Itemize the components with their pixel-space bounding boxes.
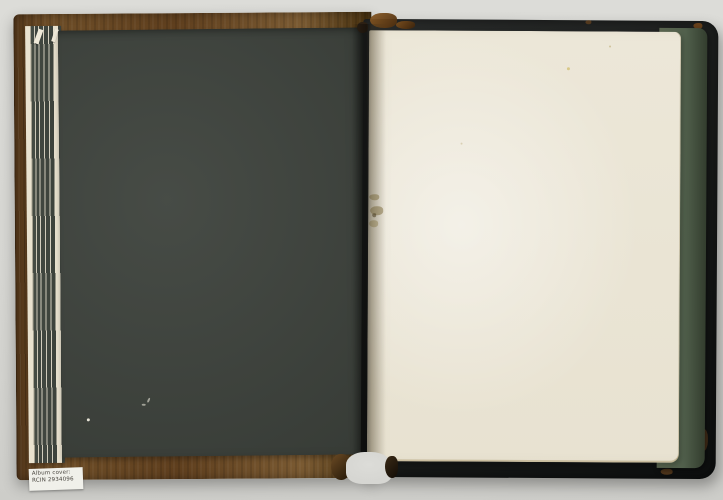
wear-spot <box>585 20 591 24</box>
dust-speck <box>87 418 90 421</box>
spine-head-damage <box>396 21 415 29</box>
spine-head-damage <box>370 13 397 28</box>
spine-foot-chunk <box>385 456 398 478</box>
foxing-spot <box>567 67 570 70</box>
foxing-spot <box>609 45 611 47</box>
gutter-stain <box>372 213 376 217</box>
dust-speck <box>142 404 146 406</box>
catalogue-label-line2: RCIN 2934096 <box>32 476 83 485</box>
dust-speck <box>147 397 151 402</box>
foxing-spot <box>461 143 463 145</box>
gutter-stain <box>369 194 379 200</box>
album-photograph: Album cover: RCIN 2934096 <box>0 0 723 500</box>
dust-speck <box>273 88 276 90</box>
left-album-page <box>58 27 368 457</box>
spine-head-damage <box>357 22 368 33</box>
gutter-stain <box>369 220 378 227</box>
catalogue-label: Album cover: RCIN 2934096 <box>29 467 84 491</box>
right-blank-page <box>367 30 681 463</box>
wear-spot <box>661 469 673 475</box>
